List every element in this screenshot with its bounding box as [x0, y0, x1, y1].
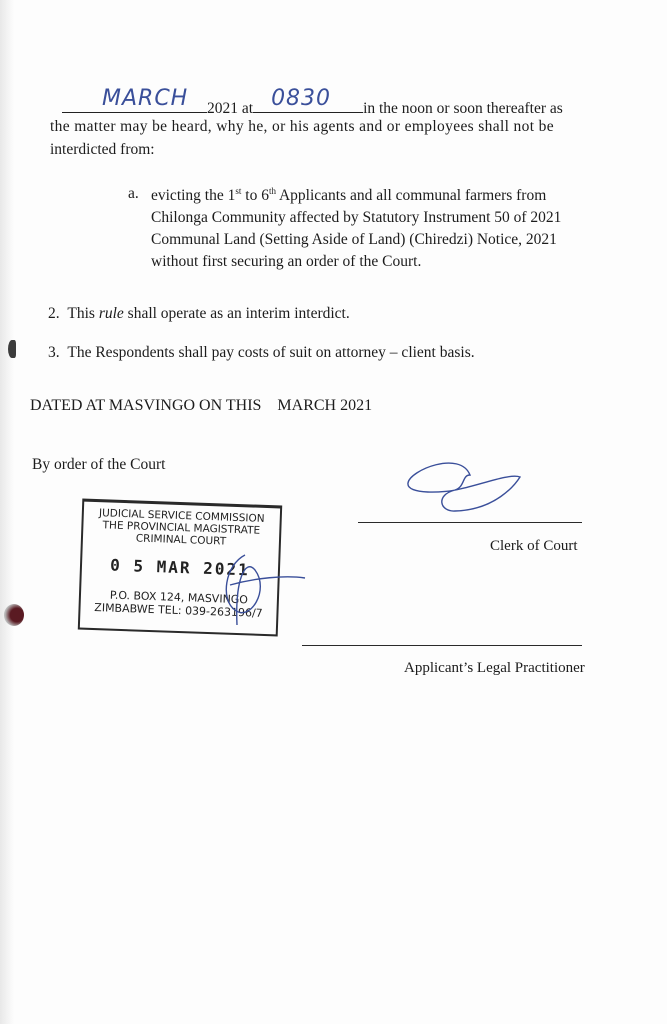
- handwritten-time: 0830: [271, 86, 331, 111]
- clerk-signature: [400, 455, 520, 525]
- page-edge-shadow: [0, 0, 14, 1024]
- item-2: 2. This rule shall operate as an interim…: [48, 305, 350, 323]
- stamp-signature: [215, 550, 310, 630]
- clerk-label: Clerk of Court: [490, 538, 578, 555]
- item-3: 3. The Respondents shall pay costs of su…: [48, 344, 475, 362]
- clerk-signature-line: [358, 522, 582, 523]
- item-a-text: evicting the 1st to 6th Applicants and a…: [151, 180, 581, 273]
- opening-text: in the noon or soon thereafter as: [363, 100, 563, 117]
- by-order-text: By order of the Court: [32, 456, 165, 474]
- punch-hole: [8, 340, 16, 358]
- handwritten-month: MARCH: [102, 86, 188, 111]
- year-text: 2021 at: [207, 100, 253, 117]
- practitioner-signature-line: [302, 645, 582, 646]
- opening-line-2: the matter may be heard, why he, or his …: [50, 118, 554, 136]
- item-a-marker: a.: [128, 185, 139, 203]
- practitioner-label: Applicant’s Legal Practitioner: [404, 660, 585, 677]
- time-blank: 0830: [253, 94, 363, 113]
- punch-hole: [4, 604, 24, 626]
- opening-line-3: interdicted from:: [50, 141, 155, 159]
- dated-line: DATED AT MASVINGO ON THIS MARCH 2021: [30, 397, 372, 415]
- month-blank: MARCH: [62, 94, 207, 113]
- opening-line-1: MARCH 2021 at 0830 in the noon or soon t…: [62, 94, 563, 118]
- document-page: MARCH 2021 at 0830 in the noon or soon t…: [0, 0, 667, 1024]
